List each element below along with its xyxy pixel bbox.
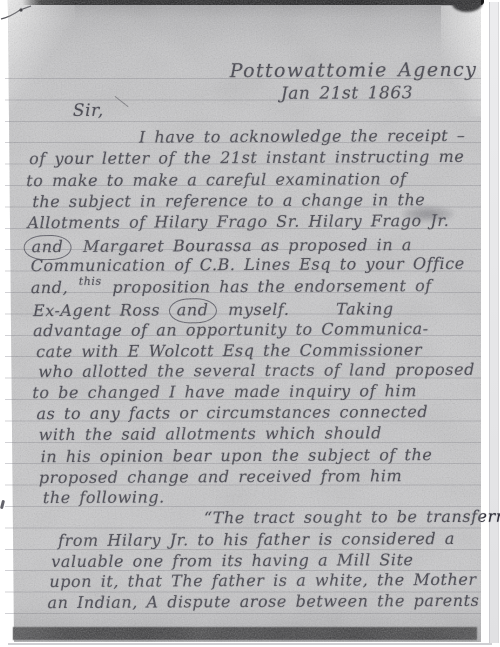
letter-line-text: proposition has the endorsement of [112, 276, 432, 297]
letter-line: I have to acknowledge the receipt – [139, 126, 466, 148]
letter-line: cate with E Wolcott Esq the Commissioner [36, 340, 422, 362]
letter-line: an Indian, A dispute arose between the p… [47, 591, 479, 613]
letter-line-text: Ex-Agent Ross [33, 300, 160, 320]
letter-line: Communication of C.B. Lines Esq to your … [31, 254, 465, 276]
heading-place: Pottowattomie Agency [230, 60, 478, 81]
letter-line: in his opinion bear upon the subject of … [41, 445, 433, 467]
scanned-letter-page: Pottowattomie Agency Jan 21st 1863 Sir, … [0, 0, 500, 647]
letter-line: as to any facts or circumstances connect… [36, 402, 428, 424]
letter-line-text: Taking [336, 299, 394, 318]
letter-line: proposed change and received from him [39, 466, 402, 488]
letter-line: the subject in reference to a change in … [32, 190, 425, 212]
letter-line: to be changed I have made inquiry of him [32, 381, 417, 403]
inserted-word: this [79, 275, 102, 288]
letter-line: “The tract sought to be transferred [204, 507, 500, 529]
letter-line: the following. [43, 487, 165, 508]
letter-line: who allotted the several tracts of land … [38, 360, 475, 382]
letter-line-text: myself. [228, 300, 289, 319]
letter-line: Allotments of Hilary Frago Sr. Hilary Fr… [27, 211, 449, 233]
letter-line: valuable one from its having a Mill Site [51, 550, 413, 572]
letter-line: to make to make a careful examination of [26, 169, 406, 191]
handwriting-layer: Pottowattomie Agency Jan 21st 1863 Sir, … [0, 0, 500, 647]
letter-line: upon it, that The father is a white, the… [49, 570, 476, 592]
letter-line-text: Margaret Bourassa as proposed in a [83, 235, 412, 256]
letter-line: from Hilary Jr. to his father is conside… [58, 529, 455, 551]
letter-line-text: and, [31, 278, 68, 297]
letter-line: advantage of an opportunity to Communica… [33, 319, 429, 341]
salutation: Sir, [73, 101, 104, 121]
heading-date: Jan 21st 1863 [281, 83, 413, 104]
letter-line: with the said allotments which should [39, 423, 382, 445]
letter-line: of your letter of the 21st instant instr… [29, 147, 464, 169]
